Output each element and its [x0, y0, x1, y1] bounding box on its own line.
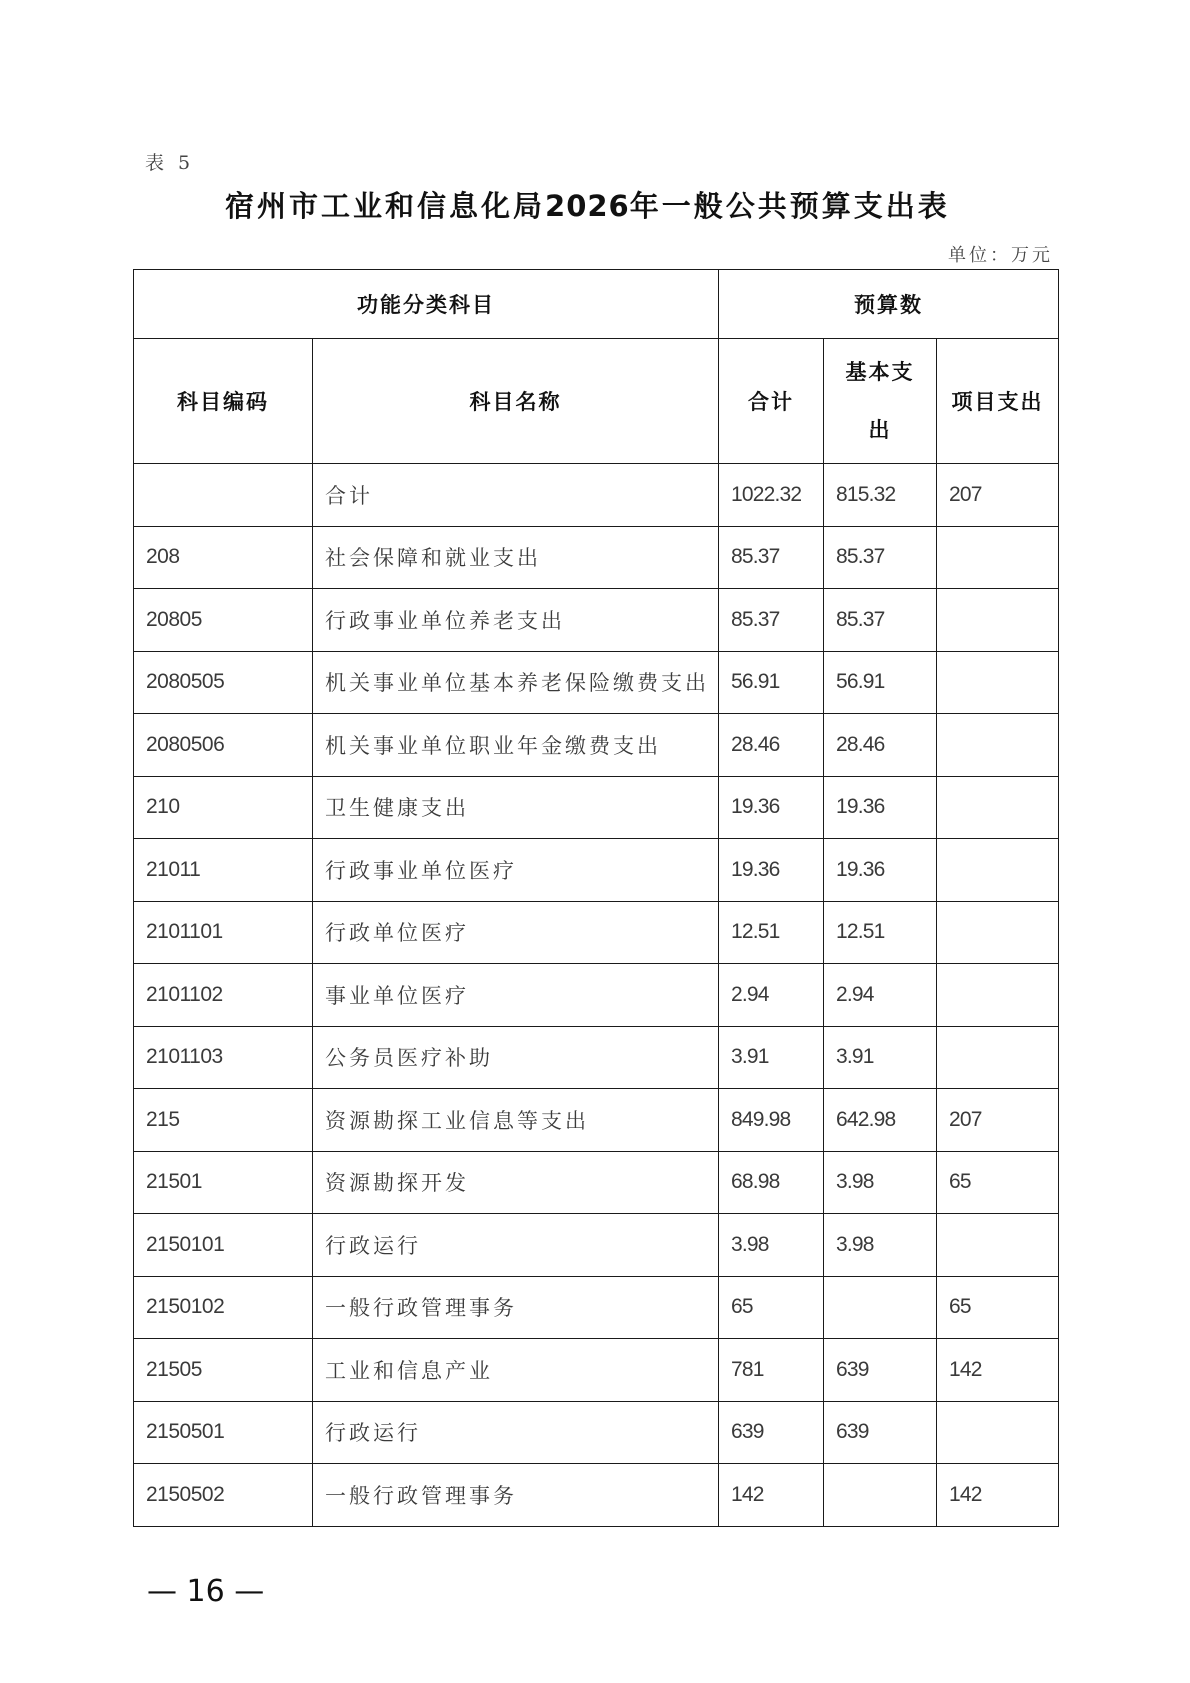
cell-project	[937, 589, 1059, 652]
cell-name: 行政运行	[313, 1214, 719, 1277]
cell-basic	[824, 1276, 937, 1339]
cell-total: 28.46	[719, 714, 824, 777]
cell-project	[937, 1401, 1059, 1464]
header-budget-amount: 预算数	[719, 270, 1059, 339]
cell-basic: 2.94	[824, 964, 937, 1027]
cell-total: 56.91	[719, 651, 824, 714]
cell-total: 65	[719, 1276, 824, 1339]
cell-basic: 19.36	[824, 839, 937, 902]
cell-basic: 3.91	[824, 1026, 937, 1089]
cell-project	[937, 839, 1059, 902]
cell-code	[134, 464, 313, 527]
cell-code: 2101102	[134, 964, 313, 1027]
cell-basic: 56.91	[824, 651, 937, 714]
title-prefix: 宿州市工业和信息化局	[225, 189, 545, 223]
cell-project: 65	[937, 1151, 1059, 1214]
cell-name: 资源勘探开发	[313, 1151, 719, 1214]
table-row: 2150502一般行政管理事务142142	[134, 1464, 1059, 1527]
cell-total: 2.94	[719, 964, 824, 1027]
header-basic-line2: 出	[869, 417, 892, 442]
cell-code: 21501	[134, 1151, 313, 1214]
header-total: 合计	[719, 339, 824, 464]
cell-name: 机关事业单位基本养老保险缴费支出	[313, 651, 719, 714]
cell-code: 2150102	[134, 1276, 313, 1339]
cell-name: 一般行政管理事务	[313, 1276, 719, 1339]
cell-project	[937, 651, 1059, 714]
cell-name: 行政运行	[313, 1401, 719, 1464]
cell-name: 事业单位医疗	[313, 964, 719, 1027]
cell-project: 65	[937, 1276, 1059, 1339]
cell-code: 2101101	[134, 901, 313, 964]
table-row: 21011行政事业单位医疗19.3619.36	[134, 839, 1059, 902]
cell-code: 2150502	[134, 1464, 313, 1527]
cell-name: 机关事业单位职业年金缴费支出	[313, 714, 719, 777]
table-row: 210卫生健康支出19.3619.36	[134, 776, 1059, 839]
cell-code: 21011	[134, 839, 313, 902]
table-row: 215资源勘探工业信息等支出849.98642.98207	[134, 1089, 1059, 1152]
header-basic-line1: 基本支	[846, 359, 915, 384]
header-code: 科目编码	[134, 339, 313, 464]
cell-name: 行政事业单位养老支出	[313, 589, 719, 652]
cell-basic: 85.37	[824, 526, 937, 589]
cell-total: 68.98	[719, 1151, 824, 1214]
table-row: 2150501行政运行639639	[134, 1401, 1059, 1464]
cell-name: 一般行政管理事务	[313, 1464, 719, 1527]
cell-code: 20805	[134, 589, 313, 652]
cell-total: 1022.32	[719, 464, 824, 527]
cell-name: 卫生健康支出	[313, 776, 719, 839]
cell-project	[937, 901, 1059, 964]
cell-total: 781	[719, 1339, 824, 1402]
cell-project: 142	[937, 1339, 1059, 1402]
cell-code: 2101103	[134, 1026, 313, 1089]
cell-total: 85.37	[719, 526, 824, 589]
table-row: 21501资源勘探开发68.983.9865	[134, 1151, 1059, 1214]
table-row: 2080506机关事业单位职业年金缴费支出28.4628.46	[134, 714, 1059, 777]
header-functional-classification: 功能分类科目	[134, 270, 719, 339]
title-suffix: 年一般公共预算支出表	[630, 189, 950, 223]
header-basic: 基本支出	[824, 339, 937, 464]
budget-expenditure-table: 功能分类科目 预算数 科目编码 科目名称 合计 基本支出 项目支出 合计1022…	[133, 269, 1059, 1527]
cell-total: 142	[719, 1464, 824, 1527]
cell-code: 2150501	[134, 1401, 313, 1464]
cell-basic: 85.37	[824, 589, 937, 652]
cell-name: 社会保障和就业支出	[313, 526, 719, 589]
cell-total: 849.98	[719, 1089, 824, 1152]
cell-basic: 3.98	[824, 1151, 937, 1214]
header-name: 科目名称	[313, 339, 719, 464]
cell-code: 21505	[134, 1339, 313, 1402]
cell-name: 行政单位医疗	[313, 901, 719, 964]
table-row: 208社会保障和就业支出85.3785.37	[134, 526, 1059, 589]
cell-code: 2150101	[134, 1214, 313, 1277]
table-row: 2101101行政单位医疗12.5112.51	[134, 901, 1059, 964]
table-row: 20805行政事业单位养老支出85.3785.37	[134, 589, 1059, 652]
cell-name: 公务员医疗补助	[313, 1026, 719, 1089]
cell-total: 3.91	[719, 1026, 824, 1089]
cell-code: 2080506	[134, 714, 313, 777]
cell-project	[937, 714, 1059, 777]
table-row: 2101103公务员医疗补助3.913.91	[134, 1026, 1059, 1089]
table-row: 21505工业和信息产业781639142	[134, 1339, 1059, 1402]
cell-project	[937, 526, 1059, 589]
table-row: 2150101行政运行3.983.98	[134, 1214, 1059, 1277]
title-year: 2026	[545, 189, 630, 223]
page-number: — 16 —	[147, 1574, 264, 1609]
unit-label: 单位：万元	[948, 241, 1053, 267]
cell-project	[937, 964, 1059, 1027]
header-project: 项目支出	[937, 339, 1059, 464]
cell-project	[937, 1026, 1059, 1089]
cell-total: 85.37	[719, 589, 824, 652]
column-header-row: 科目编码 科目名称 合计 基本支出 项目支出	[134, 339, 1059, 464]
cell-basic: 28.46	[824, 714, 937, 777]
page-title: 宿州市工业和信息化局2026年一般公共预算支出表	[225, 184, 970, 225]
cell-project	[937, 776, 1059, 839]
cell-name: 资源勘探工业信息等支出	[313, 1089, 719, 1152]
cell-total: 19.36	[719, 839, 824, 902]
cell-total: 12.51	[719, 901, 824, 964]
cell-code: 210	[134, 776, 313, 839]
cell-total: 3.98	[719, 1214, 824, 1277]
cell-total: 639	[719, 1401, 824, 1464]
cell-project: 207	[937, 464, 1059, 527]
table-row: 2101102事业单位医疗2.942.94	[134, 964, 1059, 1027]
table-row: 2080505机关事业单位基本养老保险缴费支出56.9156.91	[134, 651, 1059, 714]
table-row: 2150102一般行政管理事务6565	[134, 1276, 1059, 1339]
cell-basic: 3.98	[824, 1214, 937, 1277]
cell-basic: 815.32	[824, 464, 937, 527]
cell-name: 合计	[313, 464, 719, 527]
cell-name: 工业和信息产业	[313, 1339, 719, 1402]
cell-total: 19.36	[719, 776, 824, 839]
cell-project: 142	[937, 1464, 1059, 1527]
cell-basic: 19.36	[824, 776, 937, 839]
cell-project: 207	[937, 1089, 1059, 1152]
cell-basic: 642.98	[824, 1089, 937, 1152]
cell-basic: 639	[824, 1339, 937, 1402]
cell-basic	[824, 1464, 937, 1527]
cell-project	[937, 1214, 1059, 1277]
table-label: 表 5	[145, 148, 194, 175]
group-header-row: 功能分类科目 预算数	[134, 270, 1059, 339]
cell-code: 208	[134, 526, 313, 589]
cell-name: 行政事业单位医疗	[313, 839, 719, 902]
cell-basic: 12.51	[824, 901, 937, 964]
cell-code: 2080505	[134, 651, 313, 714]
cell-code: 215	[134, 1089, 313, 1152]
cell-basic: 639	[824, 1401, 937, 1464]
table-row: 合计1022.32815.32207	[134, 464, 1059, 527]
